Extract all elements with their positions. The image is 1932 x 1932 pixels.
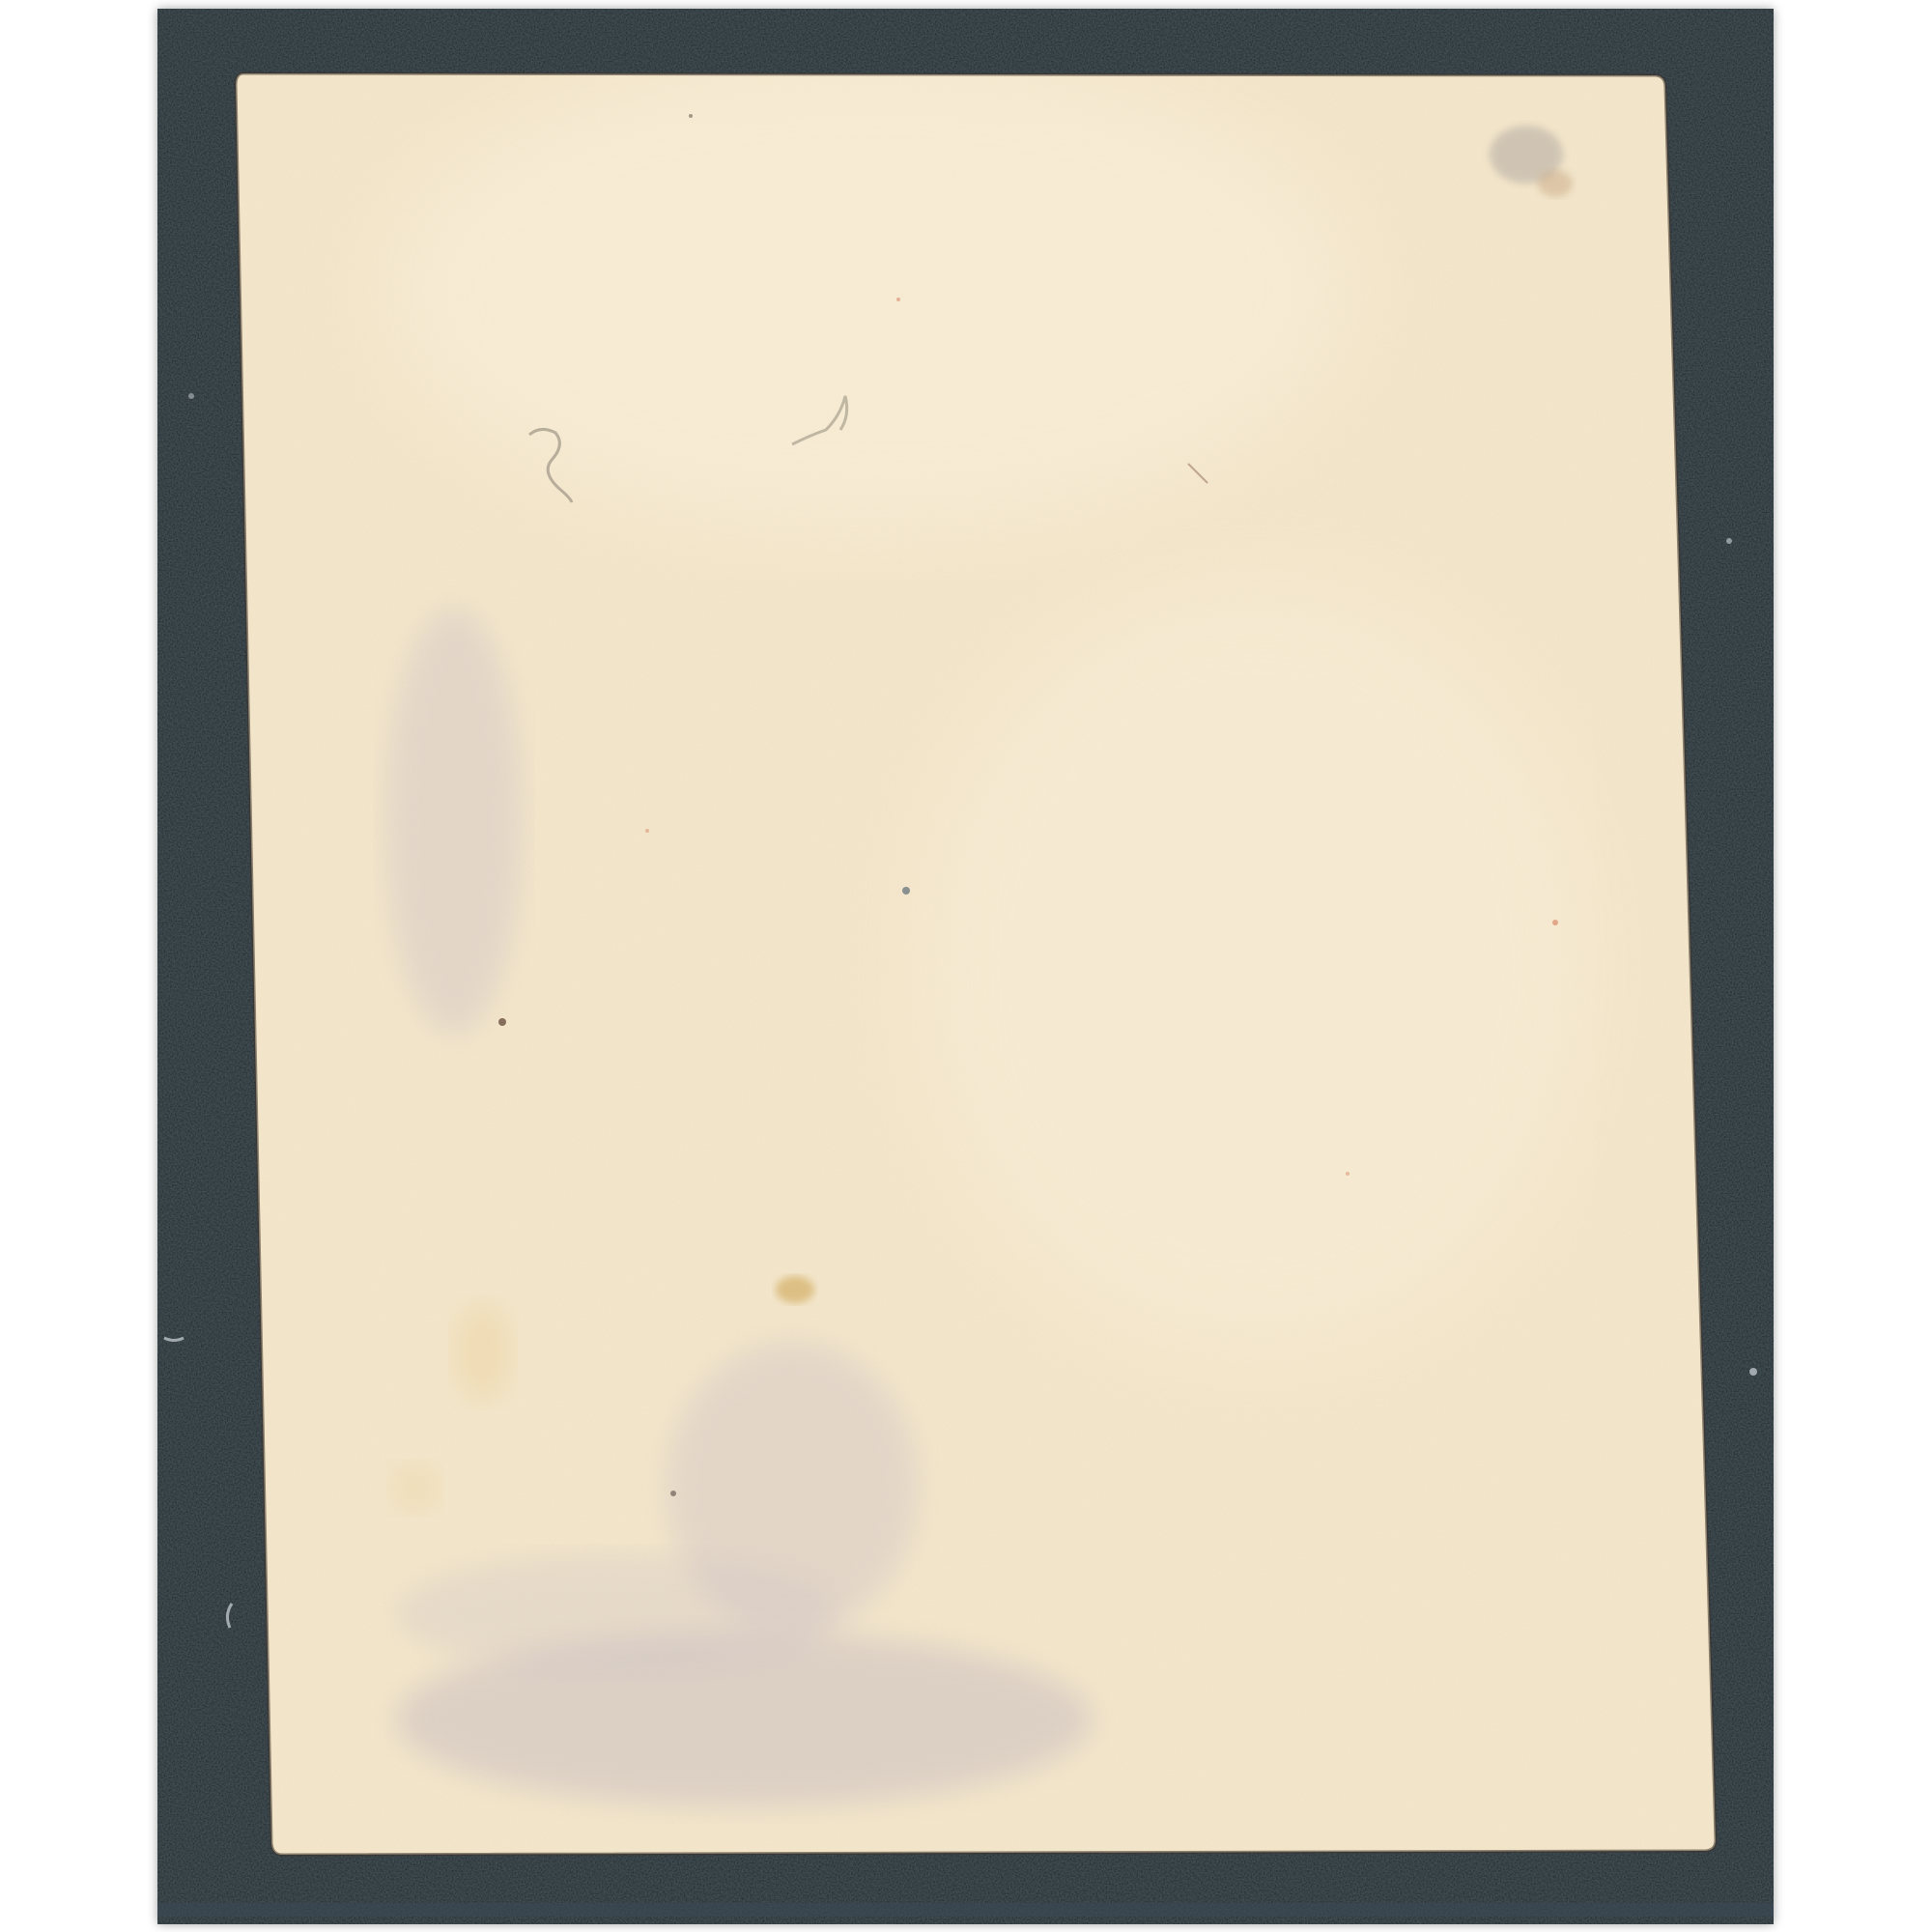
show-through-stain [386, 609, 522, 1034]
red-fleck [1552, 920, 1558, 925]
show-through-stain [396, 1555, 840, 1671]
mount-speck [1726, 538, 1732, 544]
photo-canvas [0, 0, 1932, 1932]
dark-speck [902, 887, 910, 895]
dark-speck [689, 114, 693, 118]
paper-highlight [386, 48, 1352, 531]
red-fleck [896, 298, 900, 301]
stamp-back [236, 48, 1716, 1855]
mount-bottom-edge [157, 1903, 1774, 1917]
dark-speck [498, 1018, 506, 1026]
yellow-spot [776, 1276, 814, 1303]
red-fleck [1346, 1172, 1350, 1176]
mount-speck [1749, 1368, 1757, 1376]
paper-highlight [918, 580, 1594, 1352]
stamp-photo [0, 0, 1932, 1932]
yellow-stain [391, 1463, 440, 1512]
corner-stain [1538, 170, 1573, 197]
yellow-stain [454, 1304, 512, 1401]
red-fleck [645, 829, 649, 833]
dark-speck [670, 1491, 676, 1496]
mount-speck [188, 393, 194, 399]
